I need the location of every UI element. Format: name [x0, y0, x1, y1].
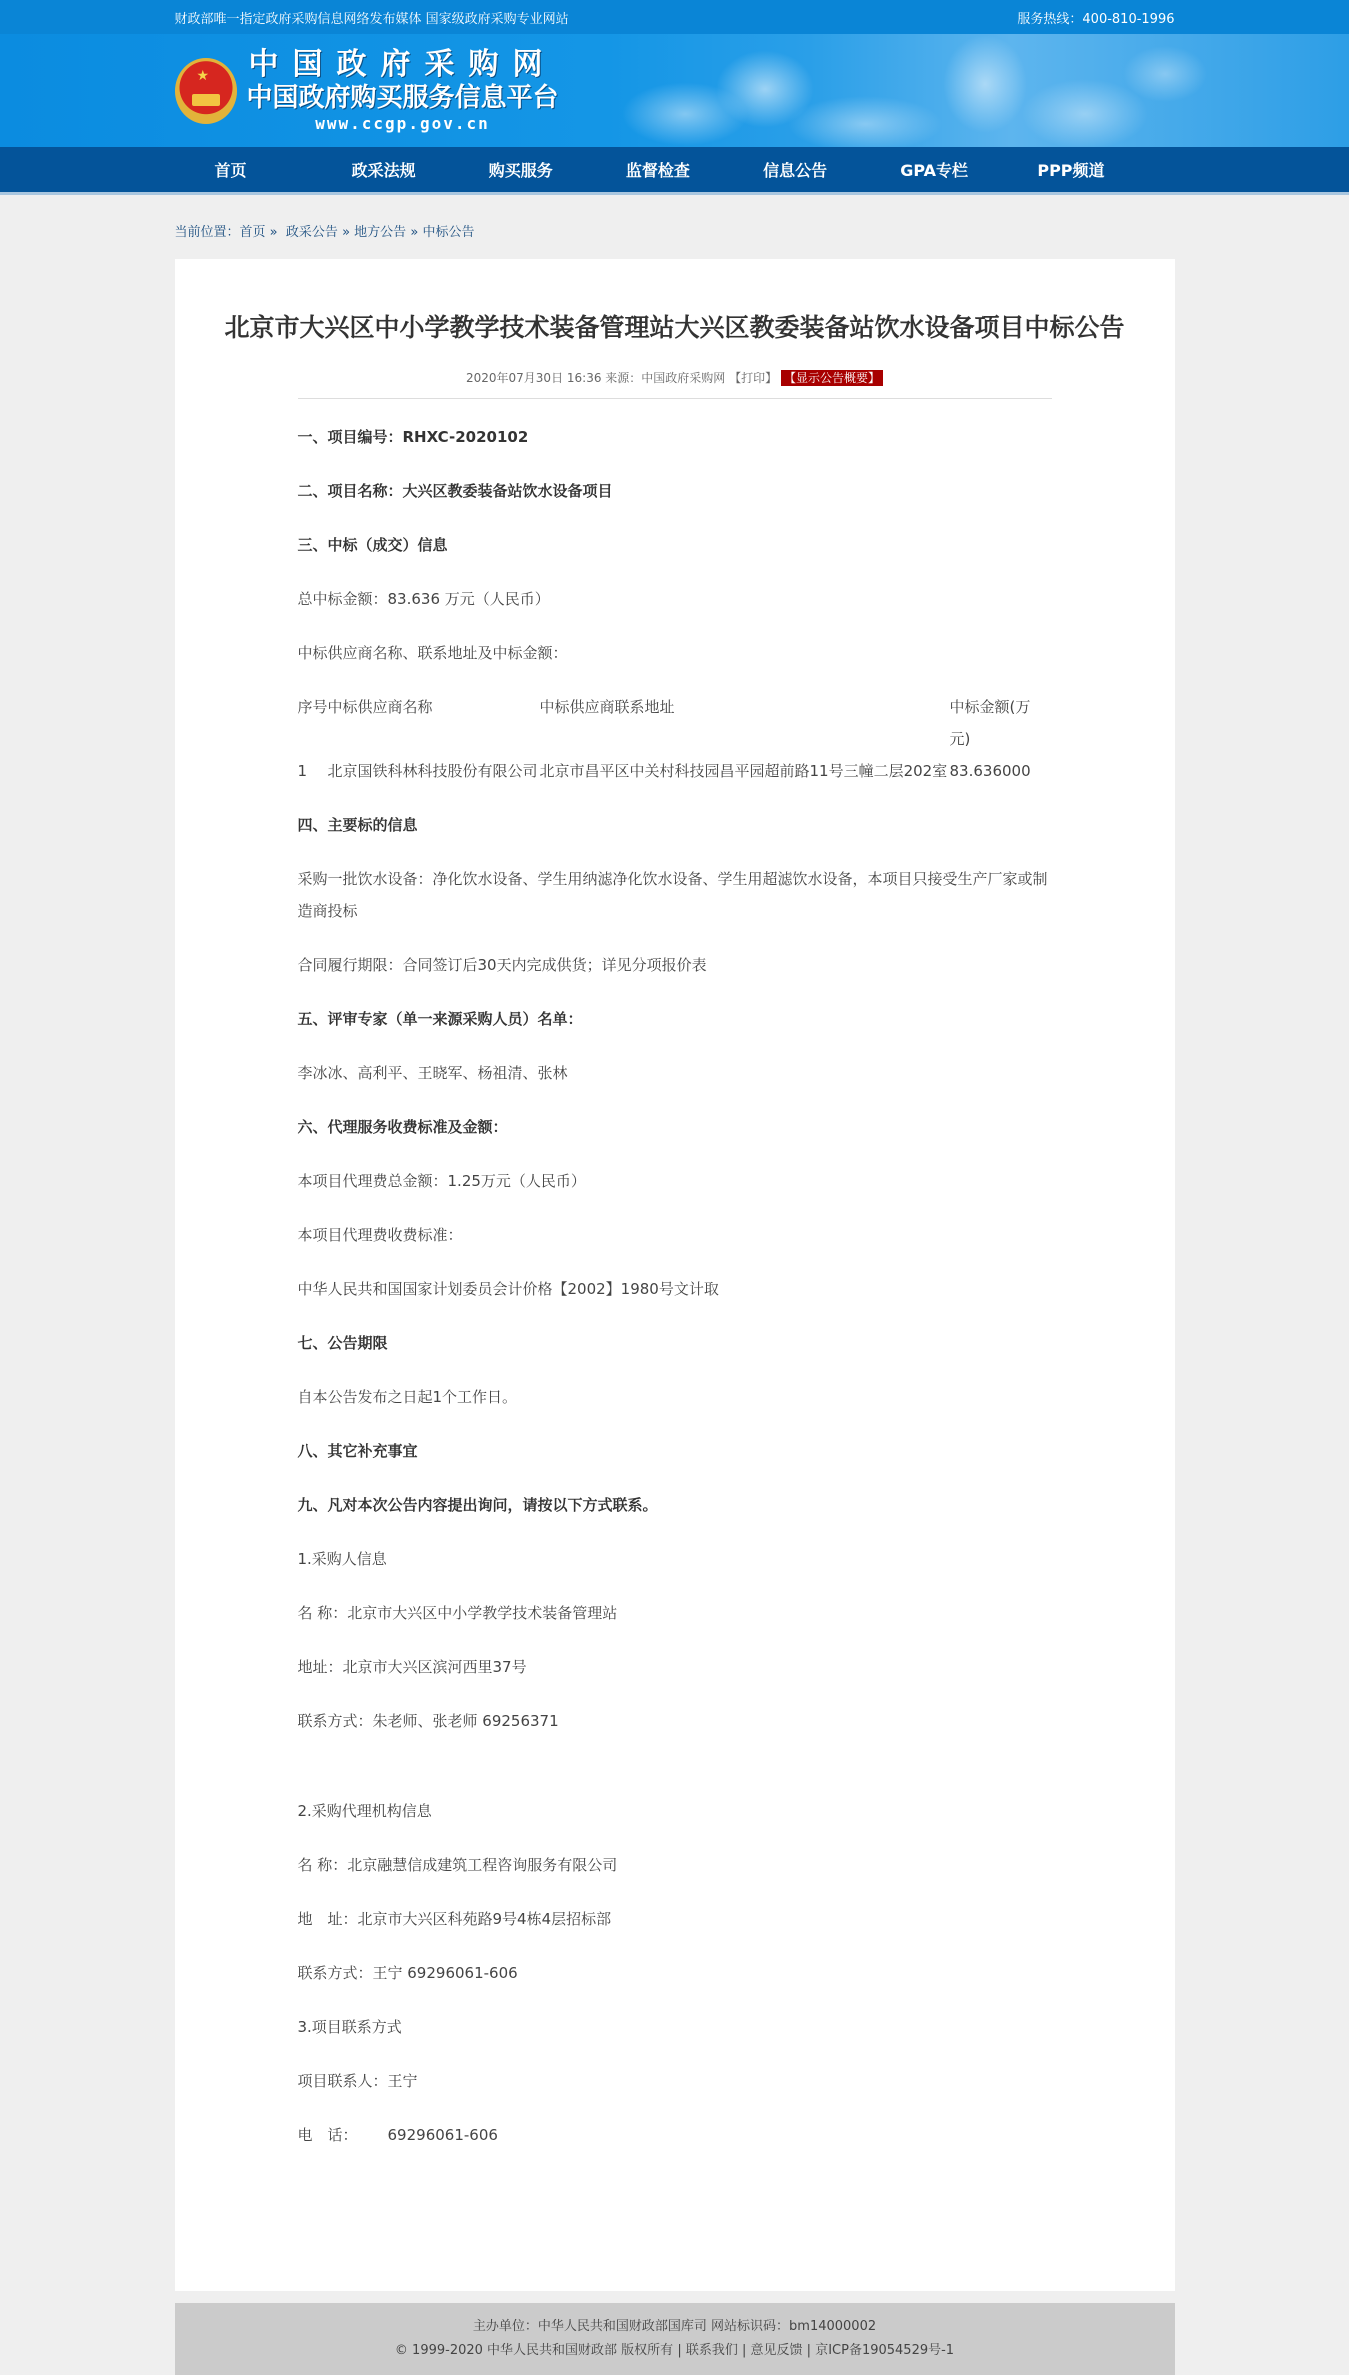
header-index: 序号	[298, 691, 328, 755]
buyer-name: 名 称：北京市大兴区中小学教学技术装备管理站	[298, 1597, 1052, 1629]
logo-url: www.ccgp.gov.cn	[315, 113, 490, 135]
table-row: 1 北京国铁科林科技股份有限公司 北京市昌平区中关村科技园昌平园超前路11号三幢…	[298, 755, 1050, 787]
nav-supervision[interactable]: 监督检查	[626, 158, 763, 181]
header-banner: ★ 中国政府采购网 中国政府购买服务信息平台 www.ccgp.gov.cn	[0, 34, 1349, 147]
project-contact-title: 3.项目联系方式	[298, 2011, 1052, 2043]
breadcrumb-local-announcements[interactable]: 地方公告	[354, 225, 406, 240]
phone-label: 电 话：	[298, 2126, 358, 2144]
print-link[interactable]: 【打印】	[729, 371, 777, 385]
feedback-link[interactable]: 意见反馈	[751, 2343, 803, 2358]
breadcrumb-home[interactable]: 首页	[240, 225, 266, 240]
footer-host-info: 主办单位：中华人民共和国财政部国库司 网站标识码：bm14000002	[175, 2315, 1175, 2339]
nav-regulations[interactable]: 政采法规	[352, 158, 489, 181]
table-header-row: 序号 中标供应商名称 中标供应商联系地址 中标金额(万元)	[298, 691, 1050, 755]
site-logo[interactable]: 中国政府采购网 中国政府购买服务信息平台 www.ccgp.gov.cn	[247, 47, 559, 135]
section-main-items: 四、主要标的信息	[298, 809, 1052, 841]
breadcrumb-separator: »	[342, 225, 350, 240]
announcement-period: 自本公告发布之日起1个工作日。	[298, 1381, 1052, 1413]
section-other-matters: 八、其它补充事宜	[298, 1435, 1052, 1467]
section-experts: 五、评审专家（单一来源采购人员）名单：	[298, 1003, 1052, 1035]
article-source: 来源：中国政府采购网	[605, 371, 725, 385]
section-project-name: 二、项目名称：大兴区教委装备站饮水设备项目	[298, 475, 1052, 507]
total-award-amount: 总中标金额：83.636 万元（人民币）	[298, 583, 1052, 615]
cell-index: 1	[298, 755, 328, 787]
project-contact-person: 项目联系人：王宁	[298, 2065, 1052, 2097]
agency-name: 名 称：北京融慧信成建筑工程咨询服务有限公司	[298, 1849, 1052, 1881]
nav-purchase-services[interactable]: 购买服务	[489, 158, 626, 181]
agency-fee-total: 本项目代理费总金额：1.25万元（人民币）	[298, 1165, 1052, 1197]
page-title: 北京市大兴区中小学教学技术装备管理站大兴区教委装备站饮水设备项目中标公告	[175, 311, 1175, 345]
supplier-table: 序号 中标供应商名称 中标供应商联系地址 中标金额(万元) 1 北京国铁科林科技…	[298, 691, 1050, 787]
expert-list: 李冰冰、高利平、王晓军、杨祖清、张林	[298, 1057, 1052, 1089]
breadcrumb-prefix: 当前位置：	[175, 225, 240, 240]
agency-address: 地 址：北京市大兴区科苑路9号4栋4层招标部	[298, 1903, 1052, 1935]
nav-gpa[interactable]: GPA专栏	[900, 158, 1037, 181]
nav-announcements[interactable]: 信息公告	[763, 158, 900, 181]
header-supplier-address: 中标供应商联系地址	[540, 691, 950, 755]
breadcrumb-separator: »	[410, 225, 418, 240]
top-strip: 财政部唯一指定政府采购信息网络发布媒体 国家级政府采购专业网站 服务热线：400…	[0, 0, 1349, 34]
agency-fee-standard-label: 本项目代理费收费标准：	[298, 1219, 1052, 1251]
national-emblem-icon: ★	[175, 58, 237, 124]
main-nav: 首页 政采法规 购买服务 监督检查 信息公告 GPA专栏 PPP频道	[0, 147, 1349, 195]
section-announcement-period: 七、公告期限	[298, 1327, 1052, 1359]
nav-ppp[interactable]: PPP频道	[1037, 158, 1174, 181]
site-slogan: 财政部唯一指定政府采购信息网络发布媒体 国家级政府采购专业网站	[175, 8, 569, 27]
section-agency-fee: 六、代理服务收费标准及金额：	[298, 1111, 1052, 1143]
copyright: © 1999-2020 中华人民共和国财政部 版权所有	[395, 2343, 673, 2358]
nav-home[interactable]: 首页	[215, 158, 352, 181]
buyer-info-title: 1.采购人信息	[298, 1543, 1052, 1575]
footer-copyright-line: © 1999-2020 中华人民共和国财政部 版权所有 | 联系我们 | 意见反…	[175, 2339, 1175, 2363]
section-award-info: 三、中标（成交）信息	[298, 529, 1052, 561]
header-supplier-name: 中标供应商名称	[328, 691, 540, 755]
spacer	[298, 1759, 1052, 1795]
phone-value: 69296061-606	[388, 2126, 498, 2144]
article: 北京市大兴区中小学教学技术装备管理站大兴区教委装备站饮水设备项目中标公告 202…	[175, 259, 1175, 2291]
breadcrumb-award-announcements[interactable]: 中标公告	[422, 225, 474, 240]
header-award-amount: 中标金额(万元)	[950, 691, 1050, 755]
cell-supplier-name: 北京国铁科林科技股份有限公司	[328, 755, 540, 787]
section-contact: 九、凡对本次公告内容提出询问，请按以下方式联系。	[298, 1489, 1052, 1521]
agency-contact: 联系方式：王宁 69296061-606	[298, 1957, 1052, 1989]
buyer-contact: 联系方式：朱老师、张老师 69256371	[298, 1705, 1052, 1737]
show-summary-button[interactable]: 【显示公告概要】	[781, 370, 883, 386]
contract-period: 合同履行期限：合同签订后30天内完成供货；详见分项报价表	[298, 949, 1052, 981]
publish-datetime: 2020年07月30日 16:36	[466, 371, 601, 385]
buyer-address: 地址：北京市大兴区滨河西里37号	[298, 1651, 1052, 1683]
agency-fee-standard: 中华人民共和国国家计划委员会计价格【2002】1980号文计取	[298, 1273, 1052, 1305]
breadcrumb: 当前位置：首页 » 政采公告 » 地方公告 » 中标公告	[175, 195, 1175, 259]
cell-supplier-address: 北京市昌平区中关村科技园昌平园超前路11号三幢二层202室	[540, 755, 950, 787]
cell-award-amount: 83.636000	[950, 755, 1050, 787]
main-items-description: 采购一批饮水设备：净化饮水设备、学生用纳滤净化饮水设备、学生用超滤饮水设备，本项…	[298, 863, 1052, 927]
breadcrumb-separator: »	[270, 225, 278, 240]
article-meta: 2020年07月30日 16:36 来源：中国政府采购网 【打印】 【显示公告概…	[175, 369, 1175, 386]
agency-info-title: 2.采购代理机构信息	[298, 1795, 1052, 1827]
section-project-number: 一、项目编号：RHXC-2020102	[298, 421, 1052, 453]
breadcrumb-procurement-announcements[interactable]: 政采公告	[286, 225, 338, 240]
contact-us-link[interactable]: 联系我们	[686, 2343, 738, 2358]
divider	[298, 398, 1052, 399]
icp-link[interactable]: 京ICP备19054529号-1	[815, 2343, 954, 2358]
project-contact-phone: 电 话：69296061-606	[298, 2119, 1052, 2151]
footer: 主办单位：中华人民共和国财政部国库司 网站标识码：bm14000002 © 19…	[175, 2303, 1175, 2375]
logo-subtitle: 中国政府购买服务信息平台	[247, 83, 559, 113]
service-hotline: 服务热线：400-810-1996	[1017, 8, 1174, 27]
article-body: 一、项目编号：RHXC-2020102 二、项目名称：大兴区教委装备站饮水设备项…	[298, 421, 1052, 2151]
logo-title: 中国政府采购网	[249, 47, 557, 83]
supplier-intro: 中标供应商名称、联系地址及中标金额：	[298, 637, 1052, 669]
